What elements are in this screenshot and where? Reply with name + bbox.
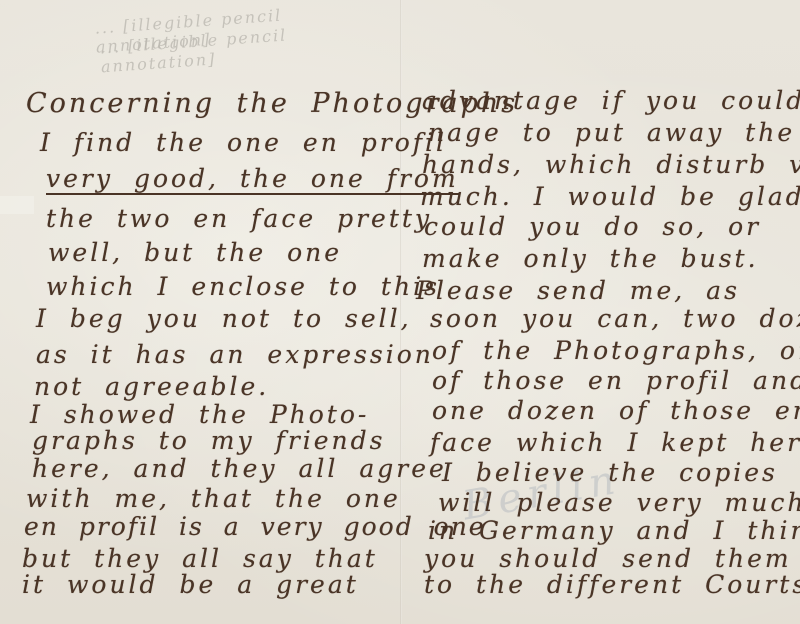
right-page: Berlin advantage if you could ma- nage t…	[402, 0, 800, 624]
letter-line: make only the bust.	[422, 244, 759, 273]
letter-line: face which I kept here.	[430, 428, 800, 457]
letter-line: very good, the one from	[46, 164, 459, 193]
letter-line: in Germany and I think	[428, 516, 800, 545]
letter-line: one dozen of those en	[432, 396, 800, 425]
letter-line: much. I would be glad	[420, 182, 800, 211]
letter-line: it would be a great	[22, 570, 359, 599]
letter-line: but they all say that	[22, 544, 378, 573]
letter-line: advantage if you could ma-	[422, 86, 800, 115]
letter-line: Please send me, as	[416, 276, 740, 305]
letter-line: I showed the Photo-	[30, 400, 369, 429]
letter-line: I believe the copies	[442, 458, 778, 487]
letter-line-text: I find the one en profil	[40, 128, 447, 157]
letter-line: here, and they all agree	[32, 454, 447, 483]
letter-line: soon you can, two dozen	[430, 304, 800, 333]
letter-line: well, but the one	[48, 238, 342, 267]
letter-line: as it has an expression	[36, 340, 434, 369]
letter-line: which I enclose to this	[46, 272, 440, 301]
letter-line: hands, which disturb very	[422, 150, 800, 179]
letter-line: the two en face pretty	[46, 204, 432, 233]
left-page: ... [illegible pencil annotation] ... [i…	[0, 0, 400, 624]
letter-line: I beg you not to sell,	[36, 304, 412, 333]
letter-scan: ... [illegible pencil annotation] ... [i…	[0, 0, 800, 624]
letter-line: will please very much	[438, 488, 800, 517]
letter-line: of the Photographs, one	[432, 336, 800, 365]
letter-line: graphs to my friends	[32, 426, 386, 455]
letter-line: with me, that the one	[26, 484, 401, 513]
letter-line: nage to put away the	[428, 118, 795, 147]
letter-line: to the different Courts	[424, 570, 800, 599]
letter-line: you should send them	[424, 544, 792, 573]
letter-line: not agreeable.	[34, 372, 269, 401]
letter-line: I find the one en profil	[40, 128, 447, 157]
letter-line: could you do so, or	[424, 212, 761, 241]
letter-line: of those en profil and	[432, 366, 800, 395]
